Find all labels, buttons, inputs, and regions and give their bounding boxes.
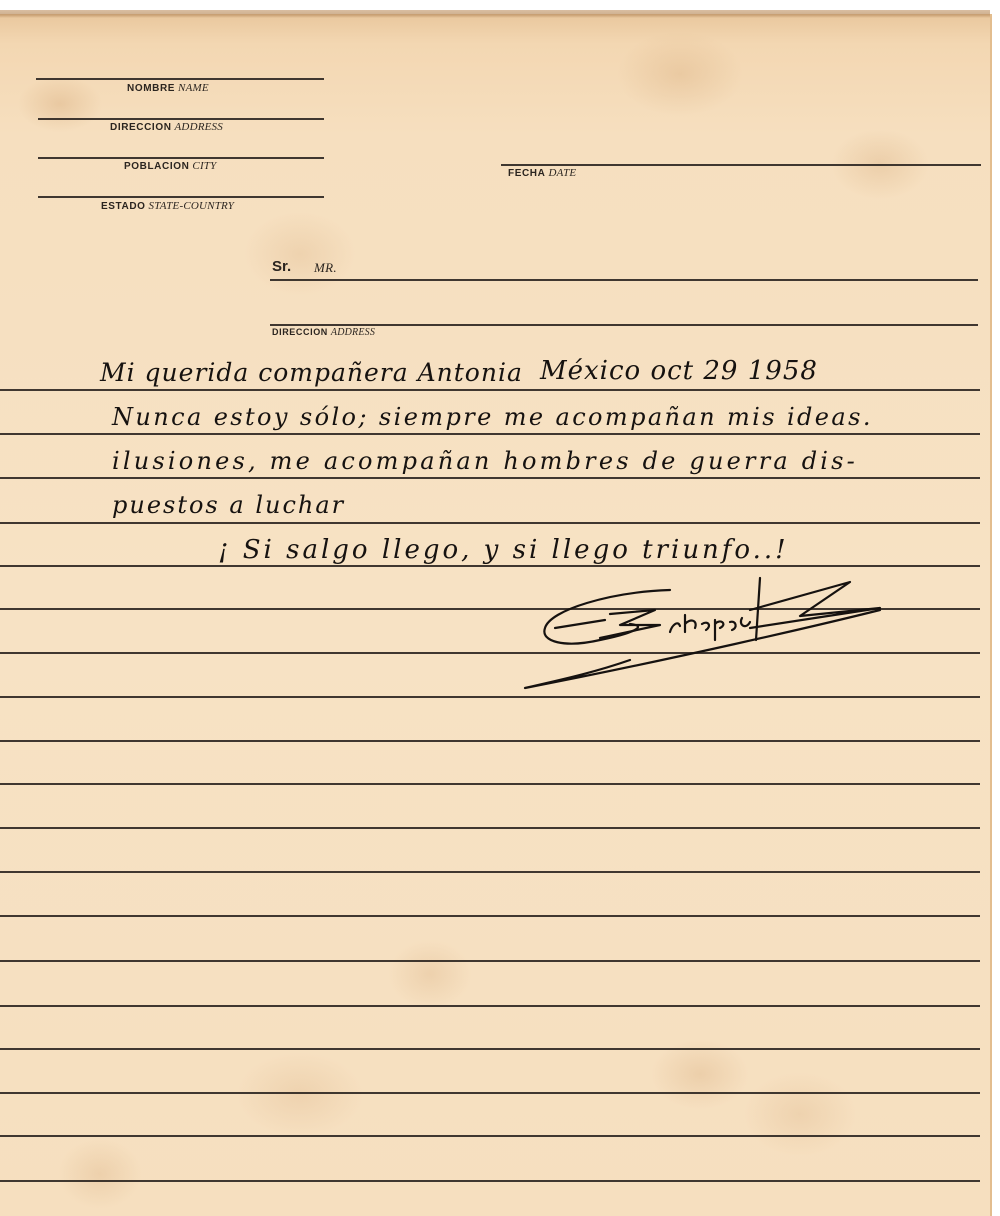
ruled-line [0,827,980,829]
recipient-name-line [270,279,978,281]
letter-line-2: ilusiones, me acompañan hombres de guerr… [112,447,858,475]
ruled-line [0,389,980,391]
letter-closing: ¡ Si salgo llego, y si llego triunfo..! [218,535,789,565]
state-field-label: ESTADOSTATE-COUNTRY [101,200,234,212]
letter-line-1: Nunca estoy sólo; siempre me acompañan m… [112,403,873,431]
ruled-line [0,565,980,567]
name-label-es: NOMBRE [127,83,175,94]
recipient-salutation-es: Sr. [272,258,291,275]
name-label-en: NAME [178,82,209,94]
recipient-address-label-en: ADDRESS [331,327,375,338]
name-field-label: NOMBRENAME [127,82,209,94]
ruled-line [0,522,980,524]
signature-mark [520,570,900,700]
ruled-line [0,740,980,742]
ruled-line [0,433,980,435]
recipient-address-label-es: DIRECCION [272,327,328,337]
recipient-salutation-en: MR. [314,260,337,276]
address-label-es: DIRECCION [110,122,172,133]
state-label-en: STATE-COUNTRY [149,200,235,212]
ruled-line [0,1048,980,1050]
ruled-line [0,1005,980,1007]
ruled-line [0,477,980,479]
recipient-address-line [270,324,978,326]
ruled-line [0,871,980,873]
paper-torn-top-edge [0,10,990,18]
ruled-line [0,1092,980,1094]
city-field-line [38,157,324,159]
ruled-line [0,783,980,785]
ruled-line [0,1180,980,1182]
date-field-line [501,164,981,166]
ruled-line [0,1135,980,1137]
ruled-line [0,915,980,917]
state-field-line [38,196,324,198]
letter-line-3: puestos a luchar [112,491,345,519]
name-field-line [36,78,324,80]
letter-greeting: Mi querida compañera Antonia [100,358,523,387]
address-label-en: ADDRESS [175,121,223,133]
city-label-en: CITY [192,160,216,172]
date-label-es: FECHA [508,168,545,179]
ruled-line [0,960,980,962]
city-label-es: POBLACION [124,161,189,172]
state-label-es: ESTADO [101,201,146,212]
city-field-label: POBLACIONCITY [124,160,216,172]
address-field-line [38,118,324,120]
date-label-en: DATE [548,167,576,179]
letter-place-date: México oct 29 1958 [540,356,818,386]
recipient-address-label: DIRECCIONADDRESS [272,327,375,338]
address-field-label: DIRECCIONADDRESS [110,121,223,133]
date-field-label: FECHADATE [508,167,576,179]
